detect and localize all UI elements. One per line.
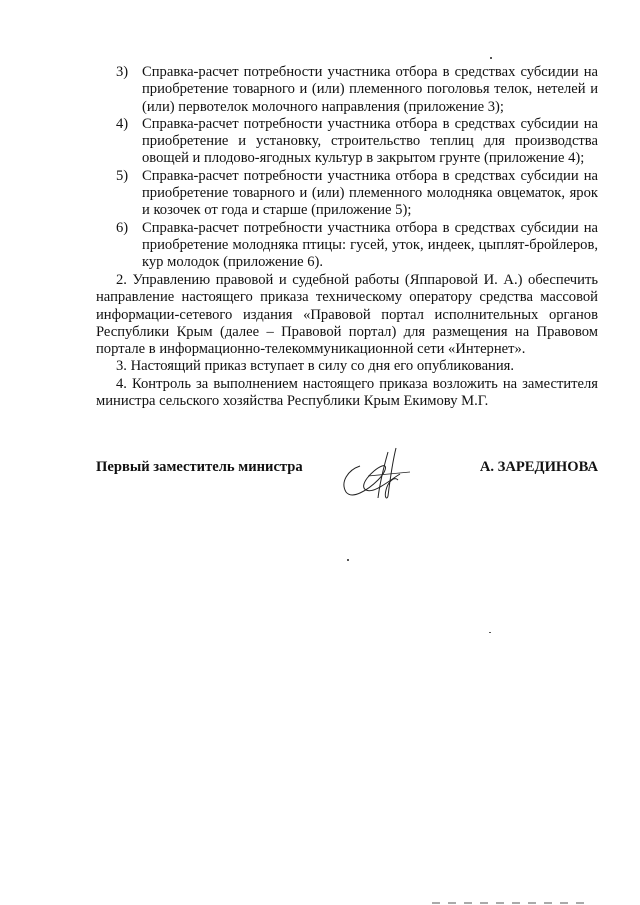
paragraph-2: 2. Управлению правовой и судебной работы… xyxy=(96,272,598,358)
numbered-list: 3) Справка-расчет потребности участника … xyxy=(100,64,598,272)
list-item: 3) Справка-расчет потребности участника … xyxy=(100,64,598,116)
scan-speck xyxy=(490,57,492,59)
paragraph-4: 4. Контроль за выполнением настоящего пр… xyxy=(96,376,598,411)
list-item: 6) Справка-расчет потребности участника … xyxy=(100,220,598,272)
paragraph-3: 3. Настоящий приказ вступает в силу со д… xyxy=(96,358,598,375)
list-item-text: Справка-расчет потребности участника отб… xyxy=(142,64,598,116)
list-item: 5) Справка-расчет потребности участника … xyxy=(100,168,598,220)
list-item-text: Справка-расчет потребности участника отб… xyxy=(142,220,598,272)
body-paragraphs: 2. Управлению правовой и судебной работы… xyxy=(96,272,598,410)
list-item-text: Справка-расчет потребности участника отб… xyxy=(142,116,598,168)
list-item-text: Справка-расчет потребности участника отб… xyxy=(142,168,598,220)
handwritten-signature-icon xyxy=(338,446,418,502)
scan-speck xyxy=(347,559,349,561)
list-item-number: 5) xyxy=(100,168,142,220)
list-item-number: 3) xyxy=(100,64,142,116)
signer-position: Первый заместитель министра xyxy=(96,459,303,476)
list-item: 4) Справка-расчет потребности участника … xyxy=(100,116,598,168)
document-page: 3) Справка-расчет потребности участника … xyxy=(0,0,640,905)
list-item-number: 6) xyxy=(100,220,142,272)
signer-name: А. ЗАРЕДИНОВА xyxy=(480,459,598,476)
scan-speck xyxy=(489,632,491,633)
list-item-number: 4) xyxy=(100,116,142,168)
